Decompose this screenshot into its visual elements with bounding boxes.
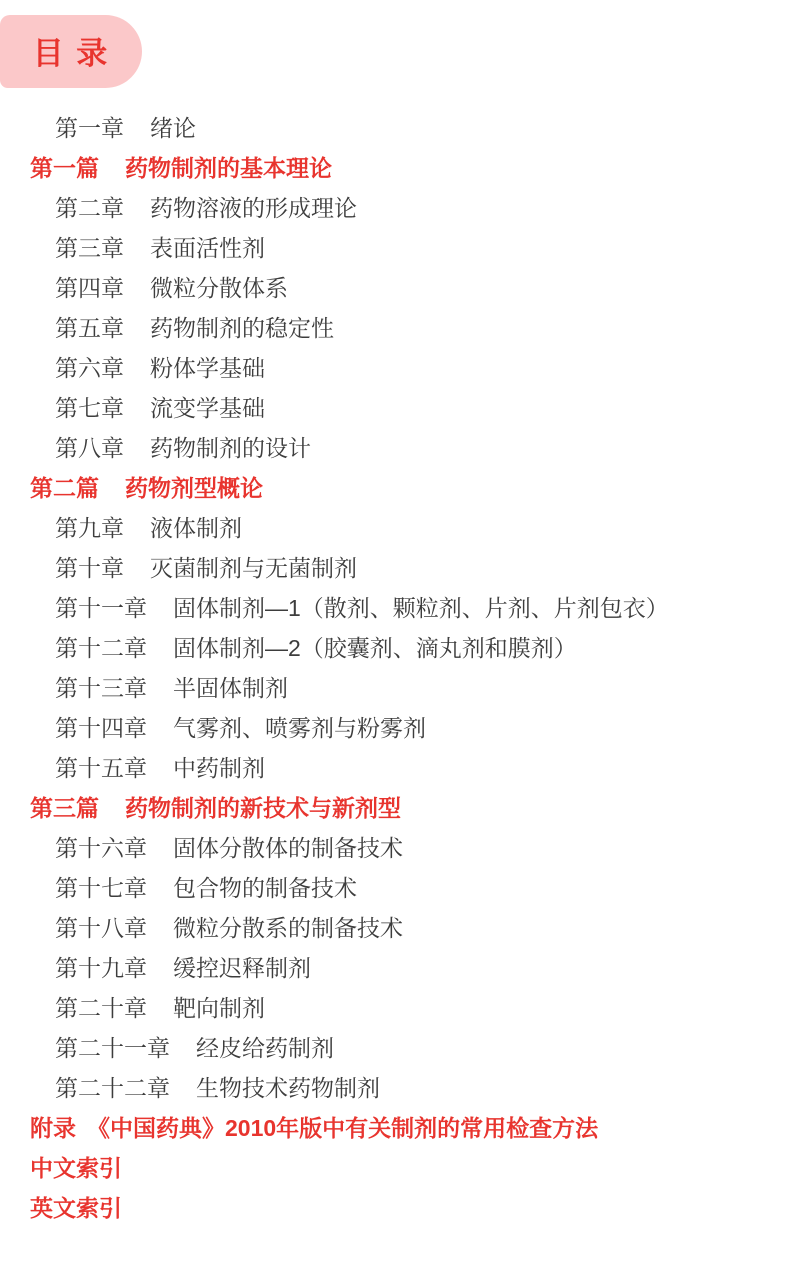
toc-item-chapter[interactable]: 第六章粉体学基础 — [0, 348, 790, 388]
toc-item-chapter[interactable]: 第十六章固体分散体的制备技术 — [0, 828, 790, 868]
toc-item-chapter[interactable]: 第十九章缓控迟释制剂 — [0, 948, 790, 988]
toc-item-title: 药物制剂的新技术与新剂型 — [125, 795, 401, 821]
toc-item-number: 第八章 — [55, 435, 124, 461]
toc-item-number: 第十一章 — [55, 595, 147, 621]
toc-item-title: 经皮给药制剂 — [196, 1035, 334, 1061]
toc-item-number: 第十章 — [55, 555, 124, 581]
toc-item-title: 灭菌制剂与无菌制剂 — [150, 555, 357, 581]
toc-item-chapter[interactable]: 第七章流变学基础 — [0, 388, 790, 428]
toc-item-title: 药物制剂的设计 — [150, 435, 311, 461]
toc-item-title: 缓控迟释制剂 — [173, 955, 311, 981]
toc-item-index[interactable]: 英文索引 — [0, 1188, 790, 1228]
toc-item-appendix[interactable]: 附录《中国药典》2010年版中有关制剂的常用检查方法 — [0, 1108, 790, 1148]
toc-item-part[interactable]: 第二篇药物剂型概论 — [0, 468, 790, 508]
toc-item-number: 第三篇 — [30, 795, 99, 821]
toc-item-chapter[interactable]: 第十一章固体制剂—1（散剂、颗粒剂、片剂、片剂包衣） — [0, 588, 790, 628]
toc-item-number: 第一章 — [55, 115, 124, 141]
toc-item-number: 第六章 — [55, 355, 124, 381]
toc-item-number: 第二十一章 — [55, 1035, 170, 1061]
toc-item-chapter[interactable]: 第十章灭菌制剂与无菌制剂 — [0, 548, 790, 588]
toc-item-title: 固体制剂—1（散剂、颗粒剂、片剂、片剂包衣） — [173, 595, 669, 621]
toc-item-title: 药物制剂的稳定性 — [150, 315, 334, 341]
toc-item-number: 第十九章 — [55, 955, 147, 981]
toc-item-title: 药物制剂的基本理论 — [125, 155, 332, 181]
toc-item-title: 中文索引 — [30, 1155, 122, 1181]
toc-item-title: 固体制剂—2（胶囊剂、滴丸剂和膜剂） — [173, 635, 577, 661]
toc-item-number: 第七章 — [55, 395, 124, 421]
toc-item-chapter[interactable]: 第二十章靶向制剂 — [0, 988, 790, 1028]
toc-item-title: 固体分散体的制备技术 — [173, 835, 403, 861]
toc-item-number: 第十二章 — [55, 635, 147, 661]
toc-item-chapter[interactable]: 第三章表面活性剂 — [0, 228, 790, 268]
toc-item-part[interactable]: 第三篇药物制剂的新技术与新剂型 — [0, 788, 790, 828]
toc-item-chapter[interactable]: 第二十一章经皮给药制剂 — [0, 1028, 790, 1068]
toc-item-number: 第一篇 — [30, 155, 99, 181]
toc-item-number: 第二十二章 — [55, 1075, 170, 1101]
toc-item-chapter[interactable]: 第十二章固体制剂—2（胶囊剂、滴丸剂和膜剂） — [0, 628, 790, 668]
toc-item-number: 第三章 — [55, 235, 124, 261]
toc-item-title: 英文索引 — [30, 1195, 122, 1221]
toc-item-chapter[interactable]: 第十八章微粒分散系的制备技术 — [0, 908, 790, 948]
toc-item-chapter[interactable]: 第八章药物制剂的设计 — [0, 428, 790, 468]
toc-item-chapter[interactable]: 第五章药物制剂的稳定性 — [0, 308, 790, 348]
toc-item-title: 中药制剂 — [173, 755, 265, 781]
toc-item-chapter[interactable]: 第九章液体制剂 — [0, 508, 790, 548]
toc-item-chapter[interactable]: 第十五章中药制剂 — [0, 748, 790, 788]
toc-item-number: 第五章 — [55, 315, 124, 341]
toc-item-number: 第十五章 — [55, 755, 147, 781]
toc-item-chapter[interactable]: 第一章绪论 — [0, 108, 790, 148]
toc-item-chapter[interactable]: 第二十二章生物技术药物制剂 — [0, 1068, 790, 1108]
toc-item-title: 包合物的制备技术 — [173, 875, 357, 901]
toc-item-title: 微粒分散系的制备技术 — [173, 915, 403, 941]
toc-item-title: 药物剂型概论 — [125, 475, 263, 501]
toc-item-title: 气雾剂、喷雾剂与粉雾剂 — [173, 715, 426, 741]
toc-item-title: 靶向制剂 — [173, 995, 265, 1021]
toc-list: 第一章绪论第一篇药物制剂的基本理论第二章药物溶液的形成理论第三章表面活性剂第四章… — [0, 108, 790, 1228]
toc-item-number: 第九章 — [55, 515, 124, 541]
toc-item-chapter[interactable]: 第四章微粒分散体系 — [0, 268, 790, 308]
toc-item-chapter[interactable]: 第十四章气雾剂、喷雾剂与粉雾剂 — [0, 708, 790, 748]
page-title: 目 录 — [33, 28, 110, 75]
toc-item-number: 第二章 — [55, 195, 124, 221]
toc-header-badge: 目 录 — [0, 15, 142, 88]
toc-item-title: 《中国药典》2010年版中有关制剂的常用检查方法 — [87, 1115, 598, 1141]
toc-item-title: 半固体制剂 — [173, 675, 288, 701]
toc-item-chapter[interactable]: 第十七章包合物的制备技术 — [0, 868, 790, 908]
toc-item-part[interactable]: 第一篇药物制剂的基本理论 — [0, 148, 790, 188]
toc-item-number: 第四章 — [55, 275, 124, 301]
toc-item-title: 流变学基础 — [150, 395, 265, 421]
toc-item-title: 表面活性剂 — [150, 235, 265, 261]
toc-item-title: 绪论 — [150, 115, 196, 141]
toc-item-index[interactable]: 中文索引 — [0, 1148, 790, 1188]
toc-item-title: 药物溶液的形成理论 — [150, 195, 357, 221]
toc-item-title: 微粒分散体系 — [150, 275, 288, 301]
toc-item-number: 第二十章 — [55, 995, 147, 1021]
toc-item-number: 附录 — [30, 1115, 76, 1141]
toc-item-number: 第十八章 — [55, 915, 147, 941]
toc-item-number: 第十七章 — [55, 875, 147, 901]
toc-item-chapter[interactable]: 第二章药物溶液的形成理论 — [0, 188, 790, 228]
toc-item-title: 液体制剂 — [150, 515, 242, 541]
toc-item-title: 粉体学基础 — [150, 355, 265, 381]
toc-item-number: 第十六章 — [55, 835, 147, 861]
toc-item-chapter[interactable]: 第十三章半固体制剂 — [0, 668, 790, 708]
toc-item-title: 生物技术药物制剂 — [196, 1075, 380, 1101]
toc-item-number: 第十四章 — [55, 715, 147, 741]
toc-item-number: 第十三章 — [55, 675, 147, 701]
toc-item-number: 第二篇 — [30, 475, 99, 501]
